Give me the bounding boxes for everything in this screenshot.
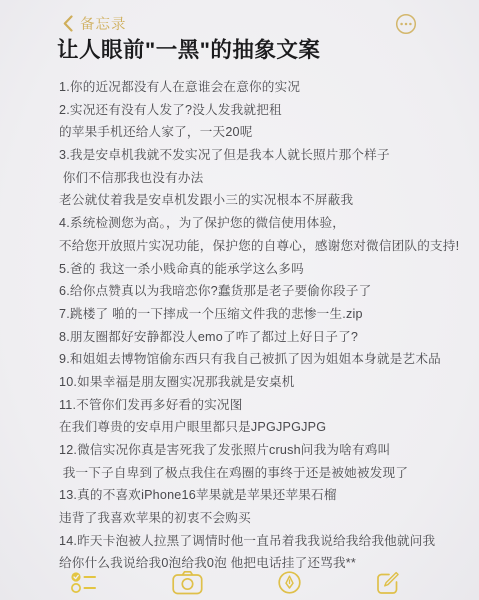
checklist-icon <box>70 570 98 594</box>
note-line: 12.微信实况你真是害死我了发张照片crush问我为啥有鸡叫 <box>59 439 464 462</box>
back-label: 备忘录 <box>80 13 127 34</box>
note-line: 不给您开放照片实况功能，保护您的自尊心，感谢您对微信团队的支持! <box>59 235 464 258</box>
note-line: 2.实况还有没有人发了?没人发我就把租 <box>59 99 464 122</box>
ellipsis-circle-icon <box>395 13 417 35</box>
bottom-toolbar <box>70 566 401 598</box>
note-line: 违背了我喜欢苹果的初衷不会购买 <box>59 507 464 530</box>
note-line: 13.真的不喜欢iPhone16苹果就是苹果还苹果石榴 <box>59 484 464 507</box>
markup-pen-button[interactable] <box>277 570 302 595</box>
note-line: 我一下子自卑到了极点我住在鸡圈的事终于还是被她被发现了 <box>59 462 464 485</box>
chevron-left-icon <box>63 15 73 32</box>
compose-button[interactable] <box>376 570 401 595</box>
note-line: 14.昨天卡泡被人拉黑了调情时他一直吊着我我说给我给我他就问我 <box>59 530 464 553</box>
note-line: 8.朋友圈都好安静都没人emo了咋了都过上好日子了? <box>59 326 464 349</box>
note-line: 的苹果手机还给人家了，一天20呢 <box>59 121 464 144</box>
compose-icon <box>376 570 401 595</box>
note-line: 老公就仗着我是安卓机发跟小三的实况根本不屏蔽我 <box>59 189 464 212</box>
note-line: 3.我是安卓机我就不发实况了但是我本人就长照片那个样子 <box>59 144 464 167</box>
note-line: 你们不信那我也没有办法 <box>59 167 464 190</box>
note-line: 7.跳楼了 啪的一下摔成一个压缩文件我的悲惨一生.zip <box>59 303 464 326</box>
note-body: 1.你的近况都没有人在意谁会在意你的实况2.实况还有没有人发了?没人发我就把租的… <box>59 76 464 575</box>
note-line: 11.不管你们发再多好看的实况图 <box>59 394 464 417</box>
markup-pen-icon <box>277 570 302 595</box>
camera-button[interactable] <box>172 570 203 595</box>
note-line: 5.爸的 我这一杀小贱命真的能承学这么多吗 <box>59 258 464 281</box>
note-title: 让人眼前"一黑"的抽象文案 <box>57 33 439 64</box>
note-line: 1.你的近况都没有人在意谁会在意你的实况 <box>59 76 464 99</box>
note-line: 4.系统检测您为高。，为了保护您的微信使用体验， <box>59 212 464 235</box>
camera-icon <box>172 570 203 595</box>
note-line: 6.给你点赞真以为我暗恋你?蠢货那是老子要偷你段子了 <box>59 280 464 303</box>
note-line: 10.如果幸福是朋友圈实况那我就是安桌机 <box>59 371 464 394</box>
notes-app-page: 备忘录 让人眼前"一黑"的抽象文案 1.你的近况都没有人在意谁会在意你的实况2.… <box>0 0 479 600</box>
checklist-button[interactable] <box>70 570 98 594</box>
note-line: 在我们尊贵的安卓用户眼里都只是JPGJPGJPG <box>59 416 464 439</box>
back-button[interactable]: 备忘录 <box>63 13 127 34</box>
more-options-button[interactable] <box>395 13 417 35</box>
note-line: 9.和姐姐去博物馆偷东西只有我自己被抓了因为姐姐本身就是艺术品 <box>59 348 464 371</box>
